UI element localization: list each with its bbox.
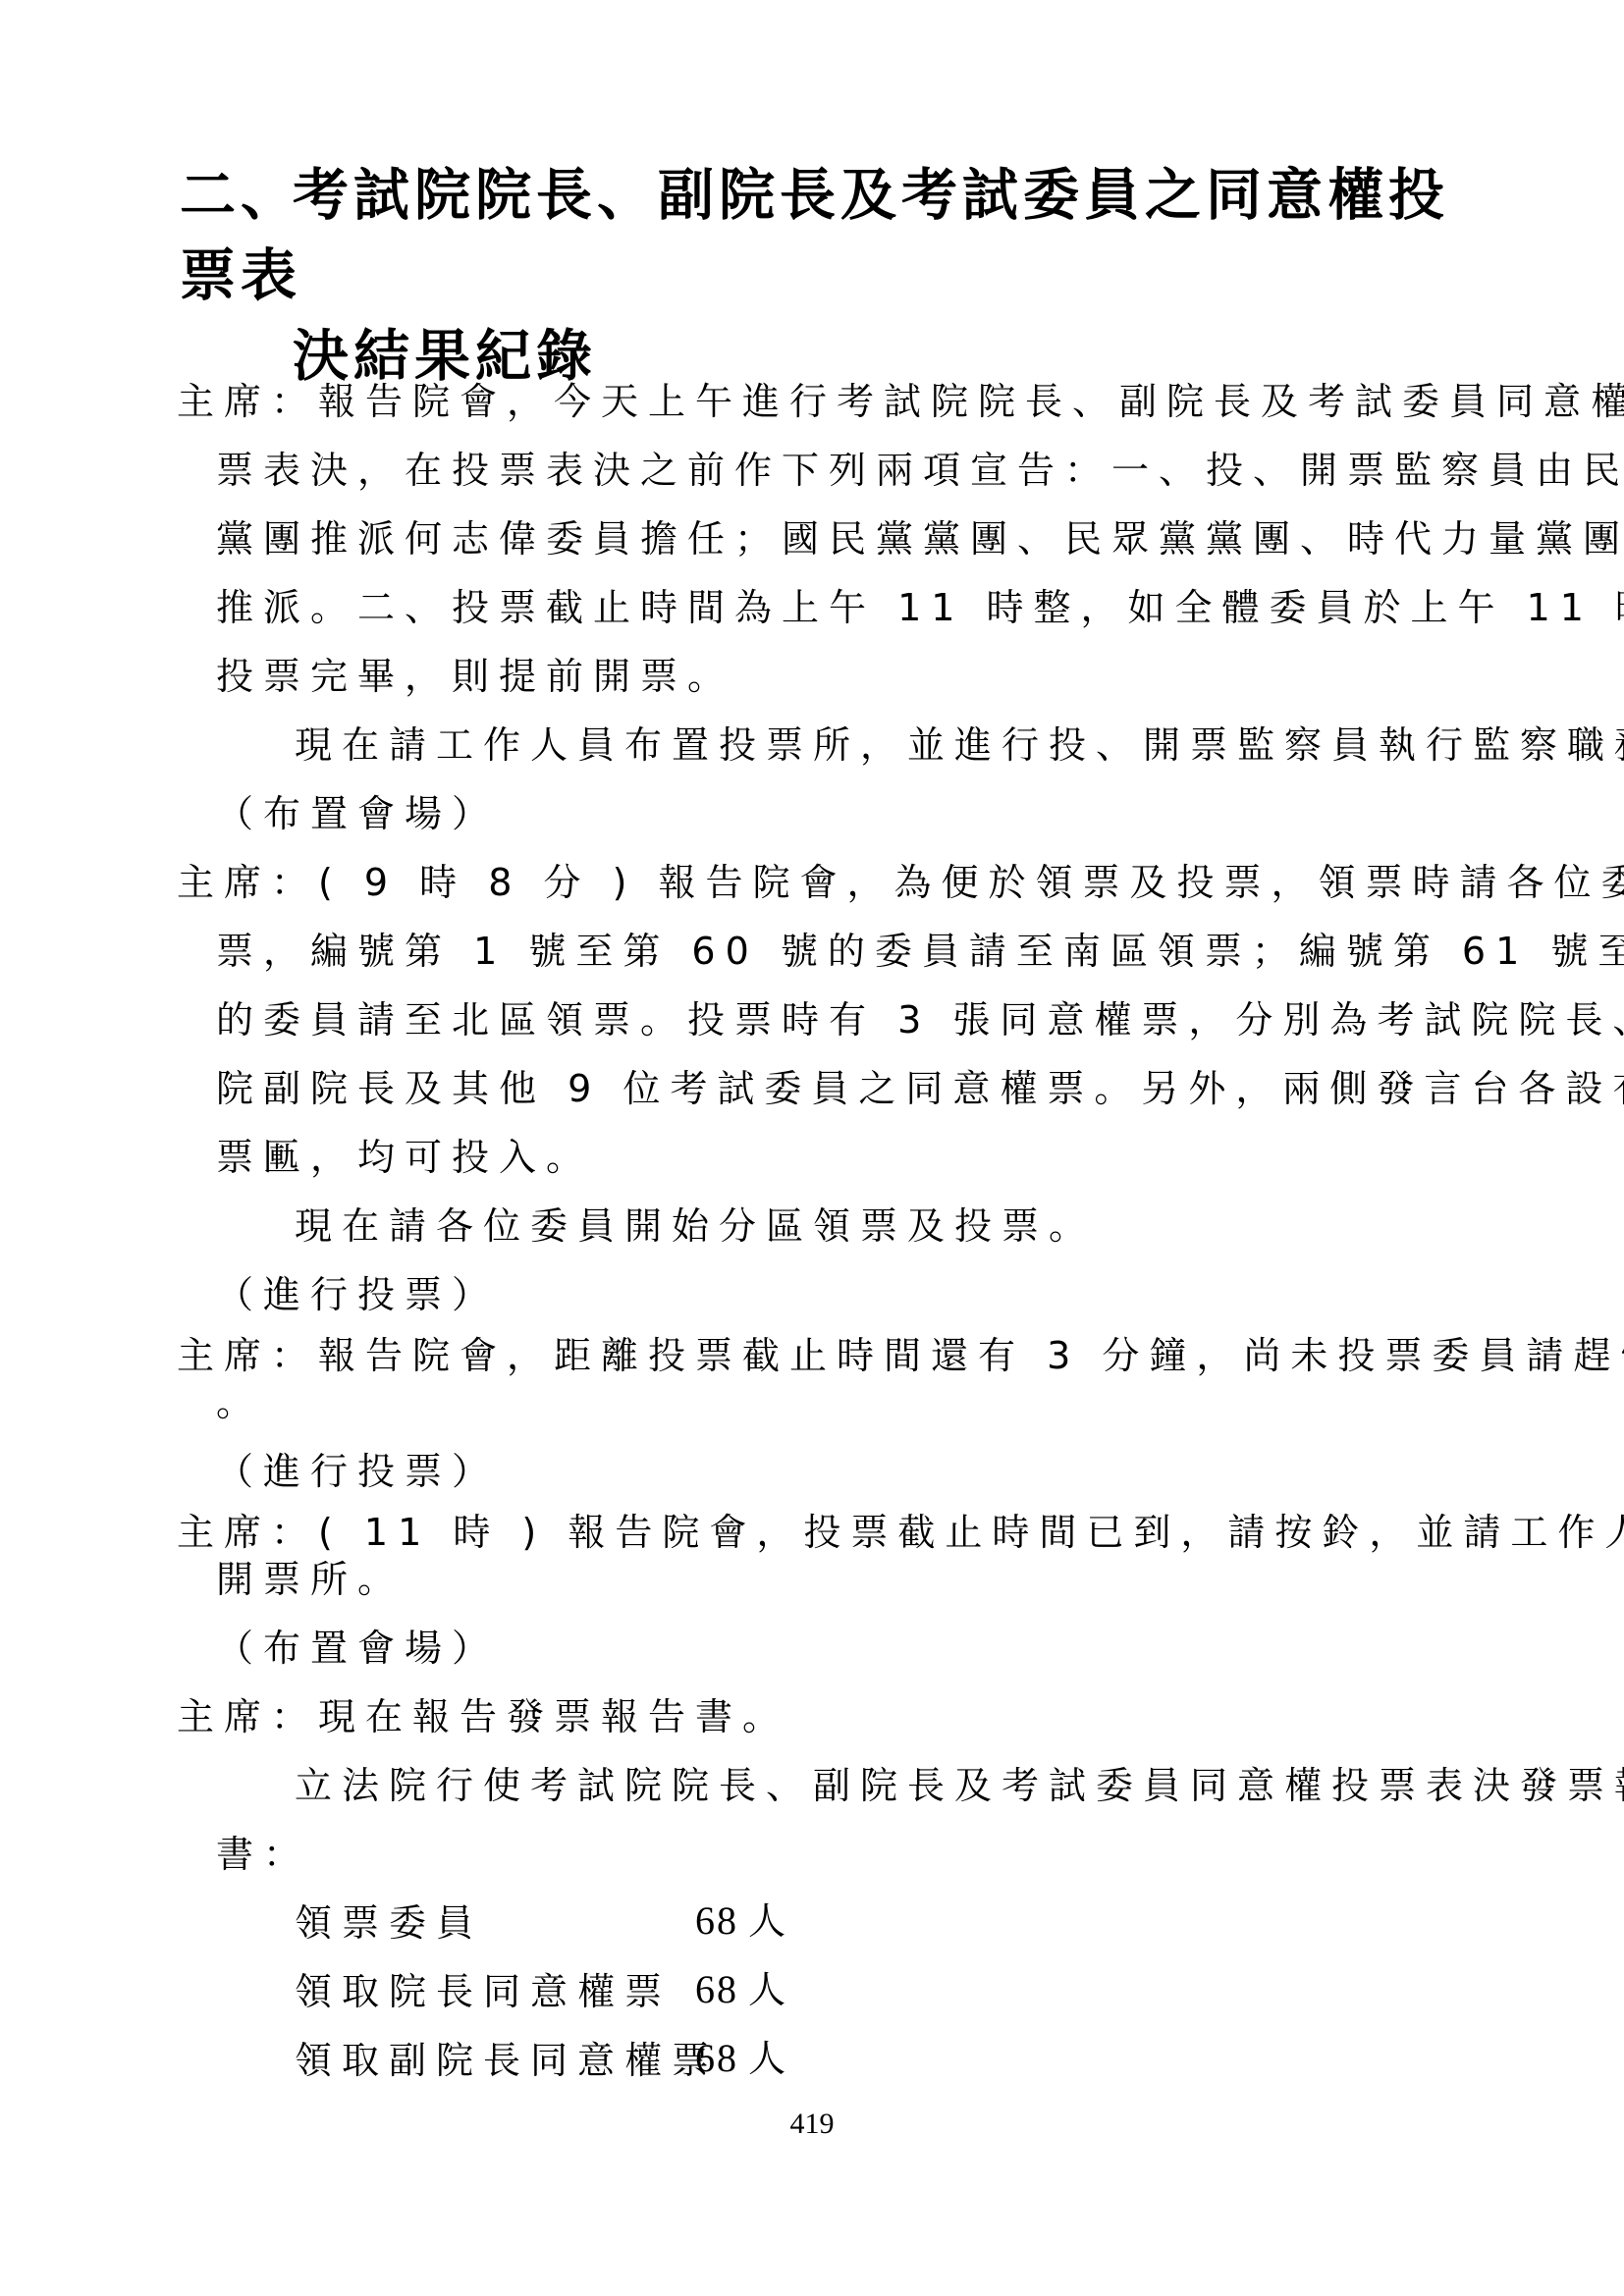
report-item-value: 68人: [695, 1891, 787, 1945]
transcript-line: 票匭，均可投入。: [216, 1127, 593, 1181]
section-title: 二、考試院院長、副院長及考試委員之同意權投票表 決結果紀錄: [180, 155, 1456, 397]
report-item-value: 68人: [695, 1959, 787, 2013]
page-number: 419: [0, 2108, 1624, 2141]
transcript-line: 。: [216, 1372, 263, 1426]
stage-note: （進行投票）: [216, 1441, 499, 1495]
report-item-unit: 人: [748, 2037, 787, 2080]
transcript-line: 票，編號第 1 號至第 60 號的委員請至南區領票；編號第 61 號至第 113…: [216, 921, 1624, 975]
report-item-count: 68: [695, 1898, 738, 1943]
transcript-line: 現在請工作人員布置投票所，並進行投、開票監察員執行監察職務。: [295, 715, 1624, 769]
report-item-label: 領取院長同意權票: [295, 1961, 672, 2015]
report-item-unit: 人: [748, 1899, 787, 1943]
transcript-line: 主席：報告院會，今天上午進行考試院院長、副院長及考試委員同意權之投: [177, 371, 1624, 425]
stage-note: （布置會場）: [216, 783, 499, 837]
transcript-line: 主席：( 9 時 8 分 ) 報告院會，為便於領票及投票，領票時請各位委員分區領: [177, 852, 1624, 906]
report-item-value: 68人: [695, 2028, 787, 2082]
report-item-count: 68: [695, 2036, 738, 2080]
report-item-count: 68: [695, 1967, 738, 2011]
transcript-line: 主席：現在報告發票報告書。: [177, 1686, 789, 1740]
report-item-label: 領取副院長同意權票: [295, 2030, 719, 2084]
document-page: 二、考試院院長、副院長及考試委員之同意權投票表 決結果紀錄 主席：報告院會，今天…: [0, 0, 1624, 2296]
transcript-line: 主席：( 11 時 ) 報告院會，投票截止時間已到，請按鈴，並請工作人員布置: [177, 1502, 1624, 1556]
transcript-line: 現在請各位委員開始分區領票及投票。: [295, 1196, 1096, 1250]
transcript-line: 黨團推派何志偉委員擔任；國民黨黨團、民眾黨黨團、時代力量黨團均不: [216, 508, 1624, 562]
transcript-line: 書：: [216, 1824, 310, 1878]
stage-note: （進行投票）: [216, 1264, 499, 1318]
section-number: 二、: [180, 155, 293, 236]
transcript-line: 投票完畢，則提前開票。: [216, 646, 734, 700]
report-item-unit: 人: [748, 1968, 787, 2011]
transcript-line: 的委員請至北區領票。投票時有 3 張同意權票，分別為考試院院長、考試: [216, 989, 1624, 1043]
transcript-line: 立法院行使考試院院長、副院長及考試委員同意權投票表決發票報告: [295, 1755, 1624, 1809]
stage-note: （布置會場）: [216, 1618, 499, 1672]
transcript-line: 票表決，在投票表決之前作下列兩項宣告：一、投、開票監察員由民進黨: [216, 440, 1624, 494]
report-item-label: 領票委員: [295, 1893, 483, 1947]
section-title-line1: 考試院院長、副院長及考試委員之同意權投票表: [180, 163, 1449, 308]
transcript-line: 院副院長及其他 9 位考試委員之同意權票。另外，兩側發言台各設有 1 個: [216, 1058, 1624, 1112]
transcript-line: 推派。二、投票截止時間為上午 11 時整，如全體委員於上午 11 時前均已: [216, 577, 1624, 631]
transcript-line: 主席：報告院會，距離投票截止時間還有 3 分鐘，尚未投票委員請趕快投票: [177, 1325, 1624, 1379]
transcript-line: 開票所。: [216, 1549, 405, 1603]
